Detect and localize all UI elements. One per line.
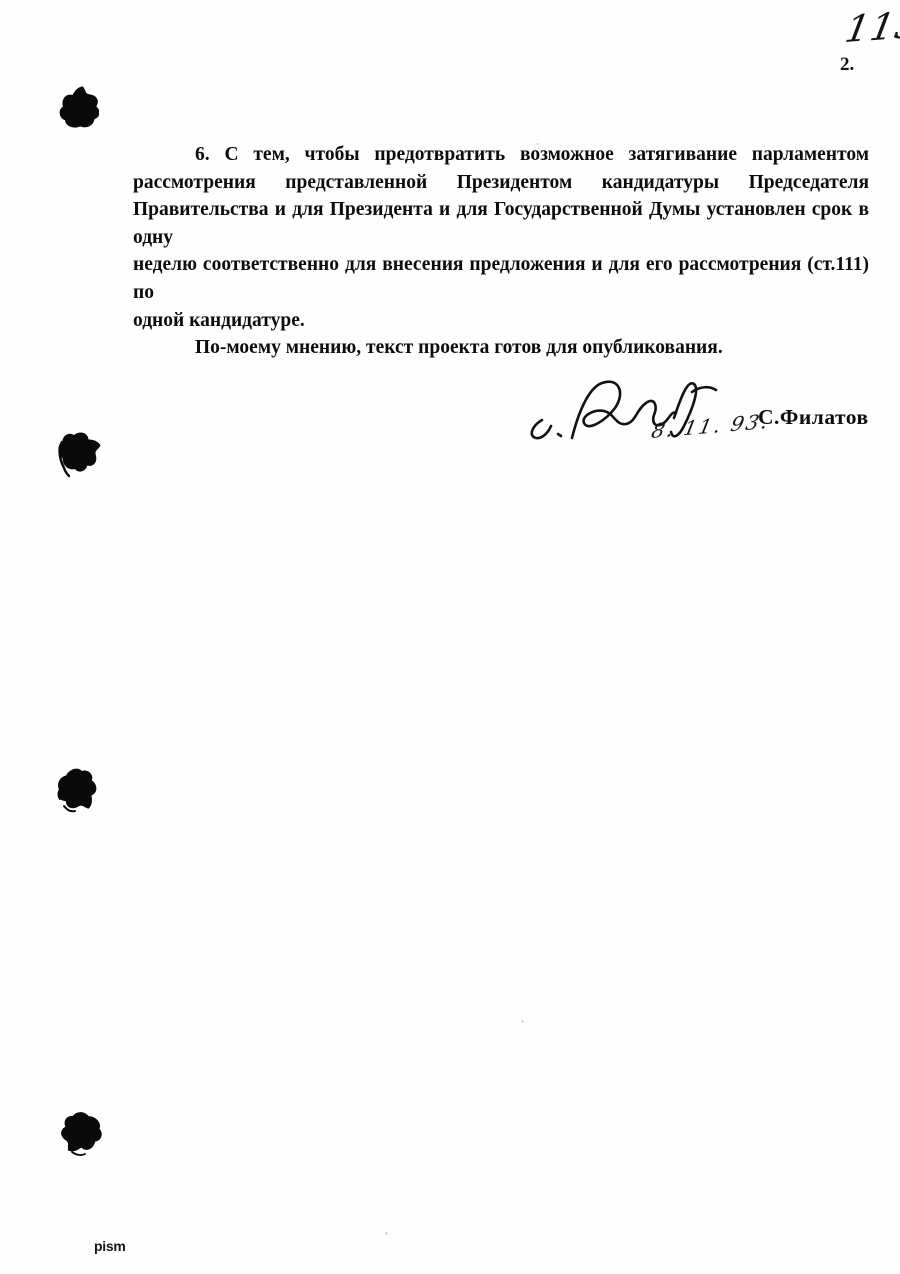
paragraph-line: 6. С тем, чтобы предотвратить возможное … [133,141,869,169]
typed-page-number: 2. [840,54,854,76]
ink-blot-mark [60,1110,102,1158]
paragraph-line: рассмотрения представленной Президентом … [133,169,869,197]
paragraph-line: неделю соответственно для внесения предл… [133,251,869,306]
ink-blot-mark [59,85,99,129]
footer-label: pism [94,1238,125,1254]
closing-line: По-моему мнению, текст проекта готов для… [133,334,869,362]
paragraph-line: Правительства и для Президента и для Гос… [133,196,869,251]
scan-speck [536,143,539,145]
signature-block: 8. 11. 93. С.Филатов [520,372,880,462]
scanned-document-page: 113 2. [0,0,900,1274]
handwritten-page-number: 113 [842,4,900,51]
paragraph-line: одной кандидатуре. [133,307,869,335]
signer-name: С.Филатов [758,405,869,430]
scan-speck [521,1020,524,1023]
scan-speck [385,1232,388,1235]
document-body: 6. С тем, чтобы предотвратить возможное … [133,141,869,362]
ink-blot-mark [55,766,101,814]
ink-blot-mark [55,428,101,480]
